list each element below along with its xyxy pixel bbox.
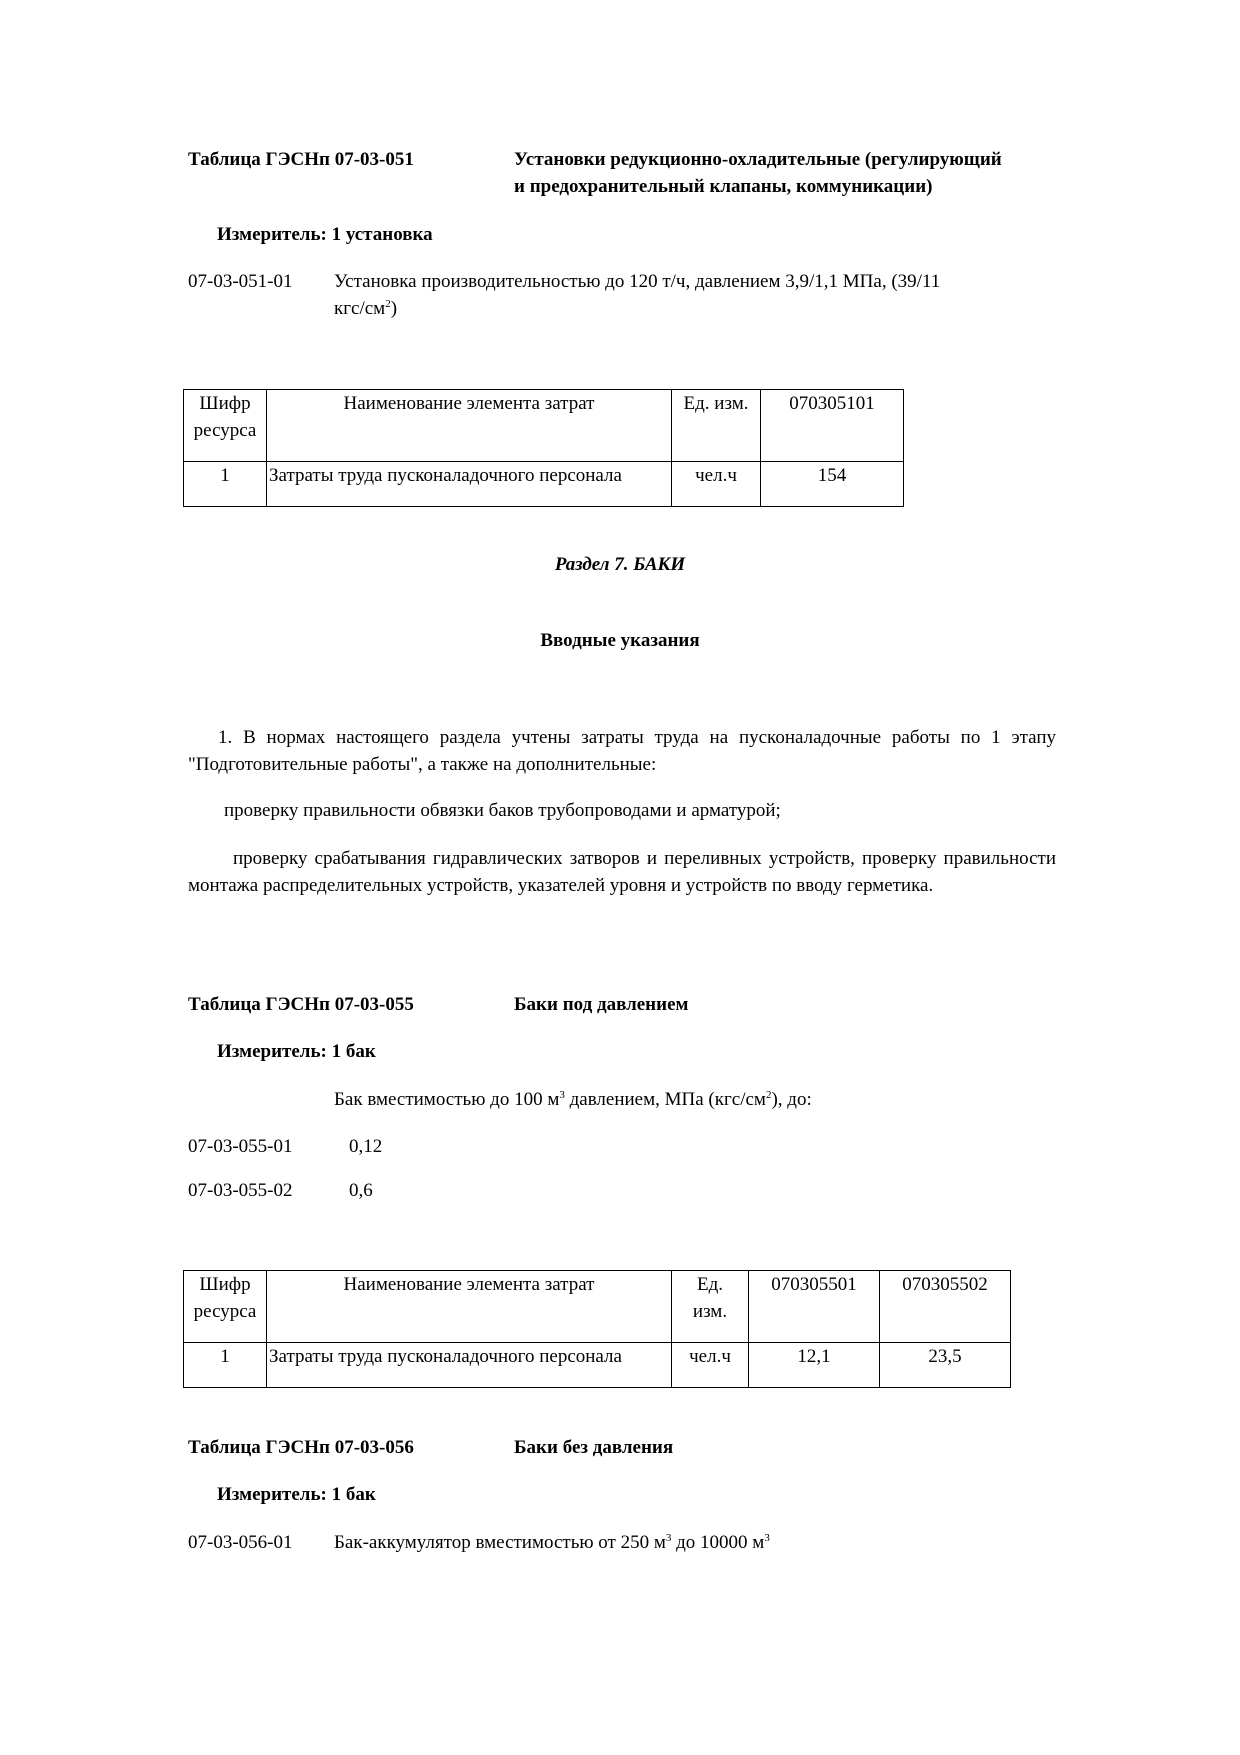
desc-text: Бак вместимостью до 100 м [334,1089,559,1110]
cell-value-1: 12,1 [749,1343,880,1388]
meter-056: Измеритель: 1 бак [217,1484,376,1506]
section-title: Раздел 7. БАКИ [0,554,1240,576]
header-col-070305101: 070305101 [761,390,904,462]
header-code-line2: ресурса [194,1301,257,1322]
intro-paragraph-3: проверку срабатывания гидравлических зат… [188,845,1056,899]
intro-paragraph-2: проверку правильности обвязки баков труб… [188,797,1056,824]
header-code-line1: Шифр [199,393,250,414]
cell-name: Затраты труда пусконаладочного персонала [267,1343,672,1388]
item-code-051-01: 07-03-051-01 [188,271,292,293]
header-code: Шифрресурса [184,1271,267,1343]
header-code-line2: ресурса [194,420,257,441]
table-label-051: Таблица ГЭСНп 07-03-051 [188,149,414,171]
header-name: Наименование элемента затрат [267,1271,672,1343]
desc-text: Бак-аккумулятор вместимостью от 250 м [334,1532,666,1553]
cell-code: 1 [184,462,267,507]
cell-value: 154 [761,462,904,507]
item-code-055-01: 07-03-055-01 [188,1136,292,1158]
table-header-row: Шифрресурса Наименование элемента затрат… [184,390,904,462]
meter-055: Измеритель: 1 бак [217,1041,376,1063]
header-unit: Ед. изм. [672,390,761,462]
desc-text: кгс/см [334,298,385,319]
resource-table-051: Шифрресурса Наименование элемента затрат… [183,389,904,507]
header-code-line1: Шифр [199,1274,250,1295]
item-value-055-01: 0,12 [349,1136,382,1158]
cell-code: 1 [184,1343,267,1388]
header-code: Шифрресурса [184,390,267,462]
table-row: 1 Затраты труда пусконаладочного персона… [184,1343,1011,1388]
cell-unit: чел.ч [672,462,761,507]
header-unit-line2: изм. [693,1301,727,1322]
item-code-056-01: 07-03-056-01 [188,1532,292,1554]
desc-text: ) [391,298,397,319]
desc-text: давлением, МПа (кгс/см [565,1089,766,1110]
item-desc-051-01-line2: кгс/см2) [334,298,397,320]
table-title-051-line1: Установки редукционно-охладительные (рег… [514,149,1002,171]
item-desc-051-01-line1: Установка производительностью до 120 т/ч… [334,271,940,293]
header-unit-line1: Ед. [697,1274,723,1295]
cell-unit: чел.ч [672,1343,749,1388]
item-code-055-02: 07-03-055-02 [188,1180,292,1202]
cell-value-2: 23,5 [880,1343,1011,1388]
table-label-056: Таблица ГЭСНп 07-03-056 [188,1437,414,1459]
resource-table-055: Шифрресурса Наименование элемента затрат… [183,1270,1011,1388]
intro-paragraph-1: 1. В нормах настоящего раздела учтены за… [188,724,1056,778]
header-unit: Ед.изм. [672,1271,749,1343]
table-title-056: Баки без давления [514,1437,673,1459]
table-title-055: Баки под давлением [514,994,688,1016]
item-desc-056-01: Бак-аккумулятор вместимостью от 250 м3 д… [334,1532,770,1554]
meter-051: Измеритель: 1 установка [217,224,433,246]
item-value-055-02: 0,6 [349,1180,373,1202]
cell-name: Затраты труда пусконаладочного персонала [267,462,672,507]
header-col-070305501: 070305501 [749,1271,880,1343]
table-header-row: Шифрресурса Наименование элемента затрат… [184,1271,1011,1343]
desc-text: до 10000 м [671,1532,764,1553]
intro-heading: Вводные указания [0,630,1240,652]
group-desc-055: Бак вместимостью до 100 м3 давлением, МП… [334,1089,812,1111]
table-row: 1 Затраты труда пусконаладочного персона… [184,462,904,507]
header-name: Наименование элемента затрат [267,390,672,462]
superscript: 3 [764,1532,770,1544]
table-title-051-line2: и предохранительный клапаны, коммуникаци… [514,176,932,198]
table-label-055: Таблица ГЭСНп 07-03-055 [188,994,414,1016]
desc-text: ), до: [771,1089,811,1110]
header-col-070305502: 070305502 [880,1271,1011,1343]
